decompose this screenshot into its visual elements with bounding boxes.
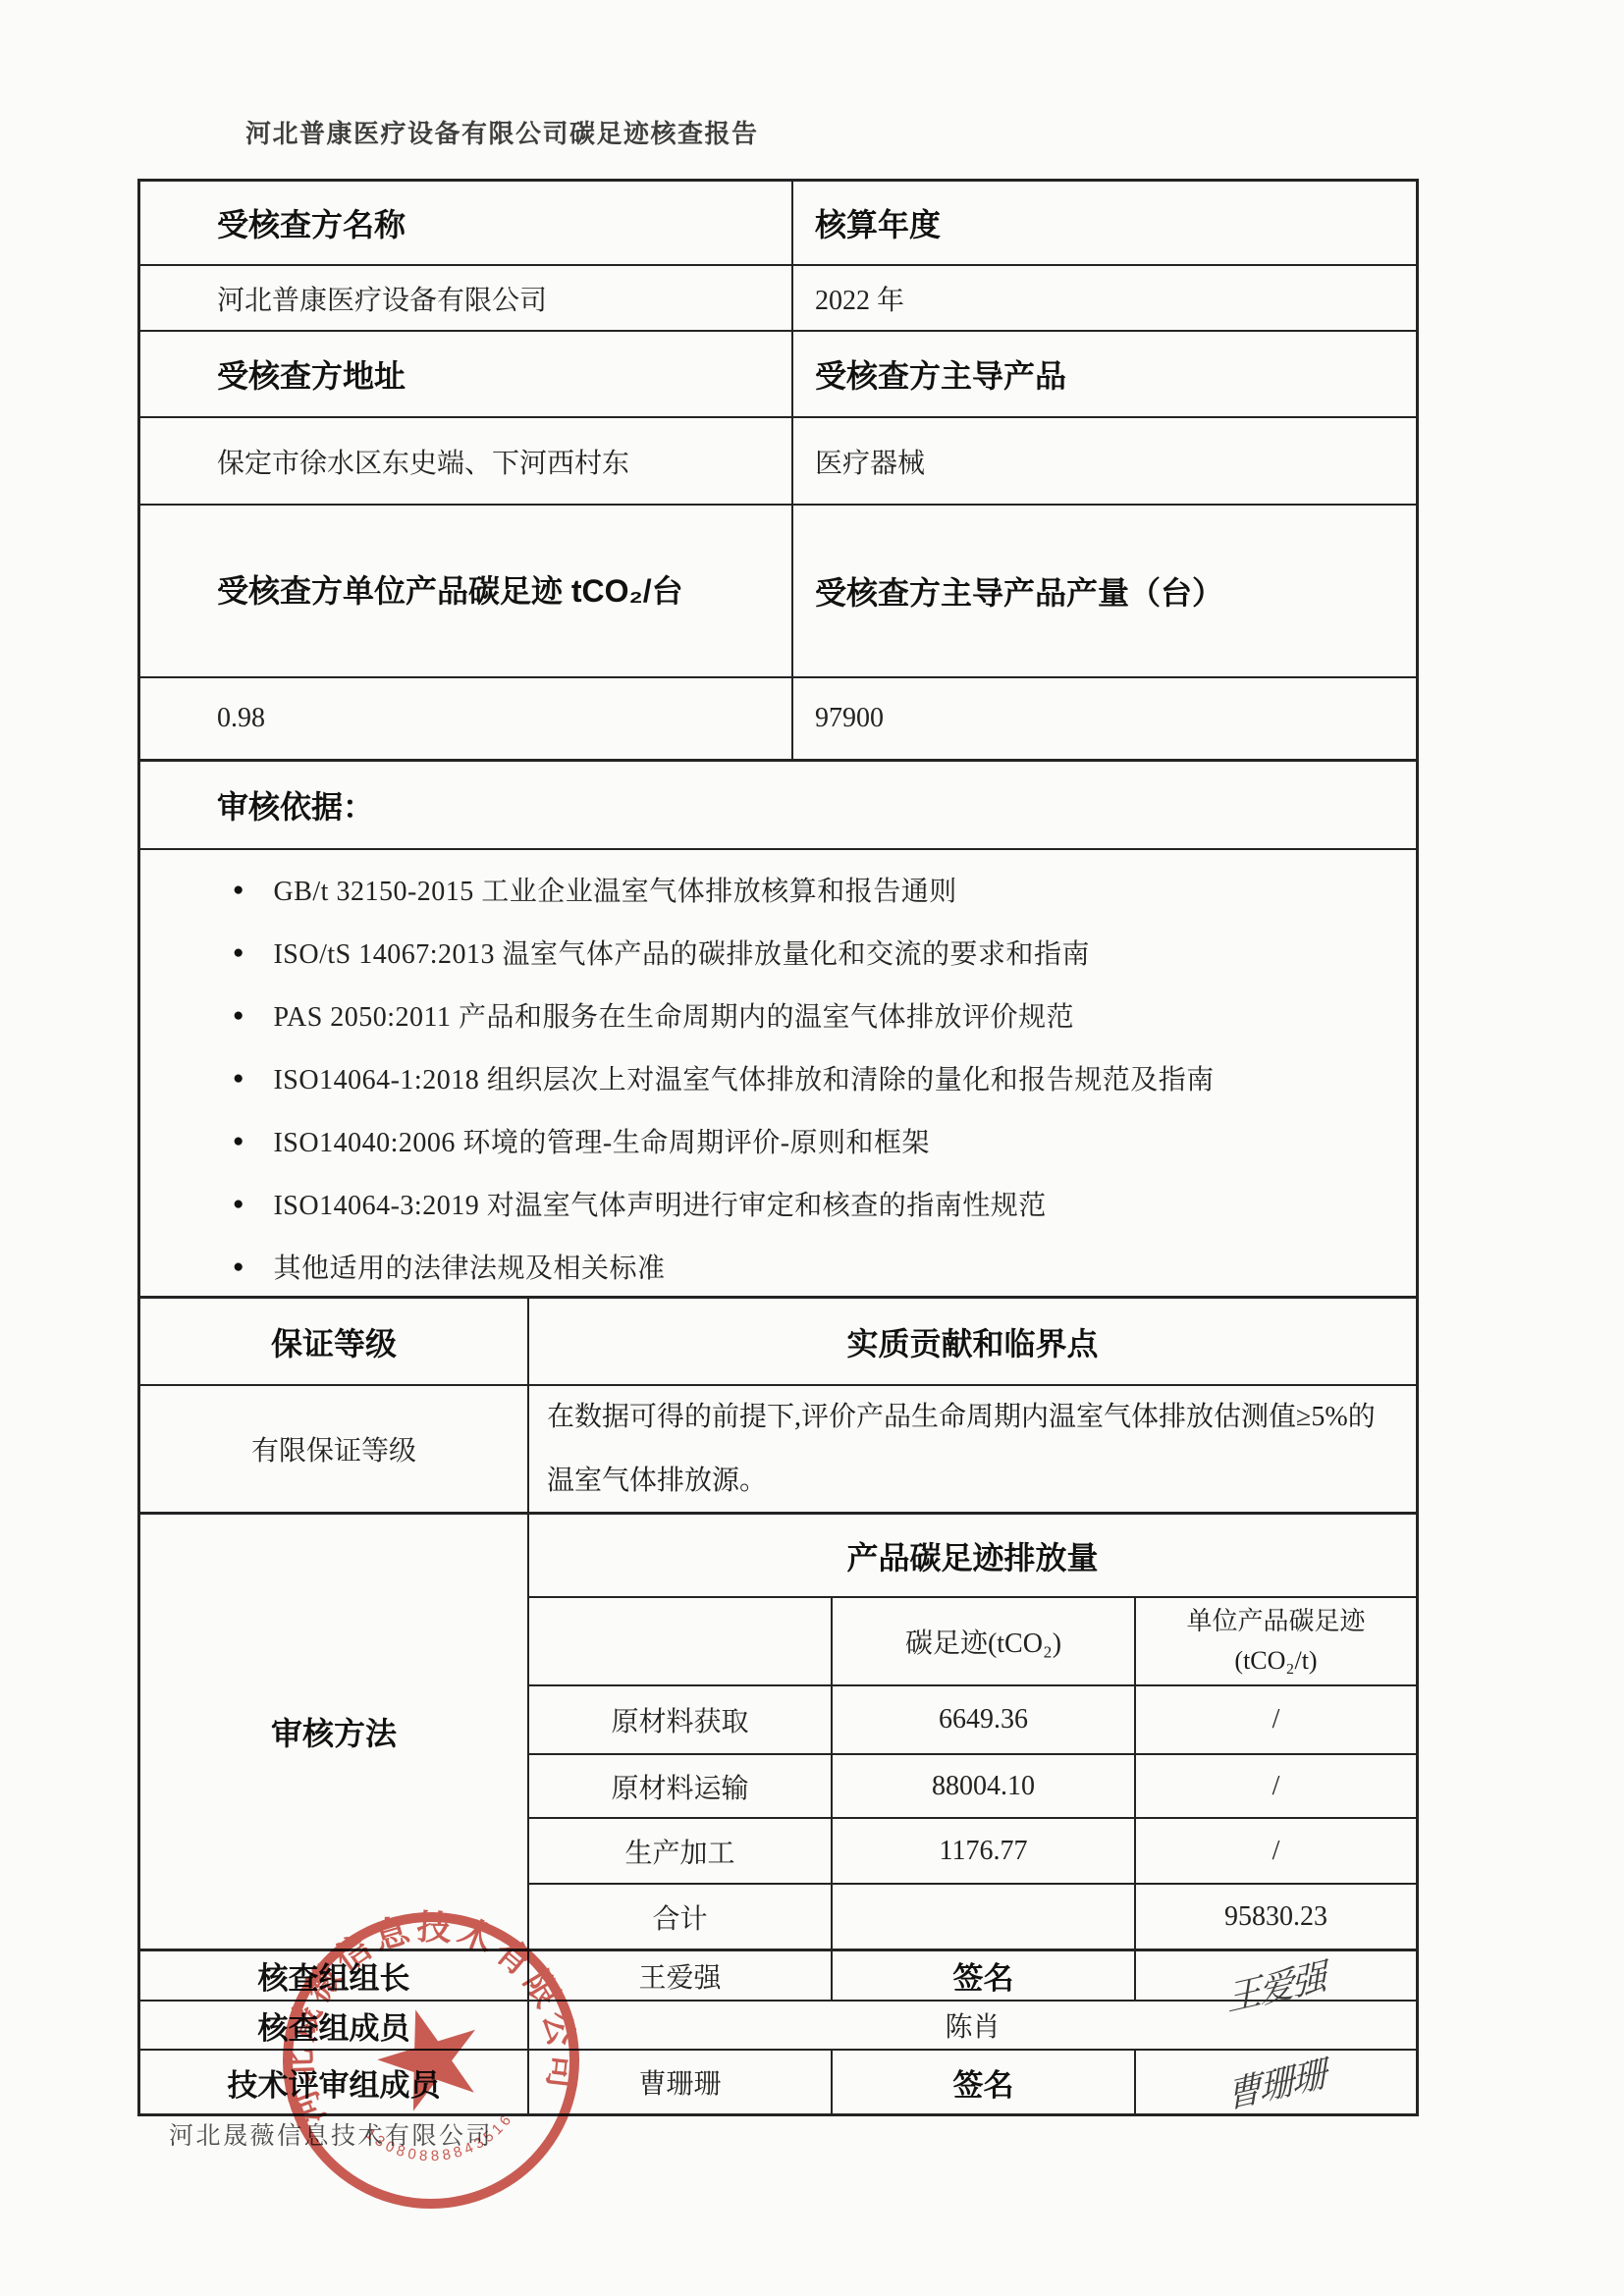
audit-basis-item: ISO/tS 14067:2013 温室气体产品的碳排放量化和交流的要求和指南 — [273, 933, 1090, 972]
signature-cell: 曹珊珊 — [1136, 2051, 1416, 2113]
stage-label: 原材料获取 — [529, 1686, 833, 1753]
bullet-icon: ● — [233, 1132, 244, 1150]
row-assurance-value: 有限保证等级 在数据可得的前提下,评价产品生命周期内温室气体排放估测值≥5%的温… — [140, 1386, 1416, 1515]
audit-basis-item: PAS 2050:2011 产品和服务在生命周期内的温室气体排放评价规范 — [273, 995, 1074, 1035]
stage-label: 原材料运输 — [529, 1755, 833, 1817]
emissions-table-title: 产品碳足迹排放量 — [529, 1515, 1416, 1596]
audit-basis-item: GB/t 32150-2015 工业企业温室气体排放核算和报告通则 — [273, 870, 956, 909]
row-audit-team-leader: 核查组组长 王爱强 签名 王爱强 — [140, 1951, 1416, 2002]
row-name-year-value: 河北普康医疗设备有限公司 2022 年 — [140, 266, 1416, 332]
verification-table: 受核查方名称 核算年度 河北普康医疗设备有限公司 2022 年 受核查方地址 受… — [137, 179, 1419, 2116]
footer-company-name: 河北晟薇信息技术有限公司 — [169, 2116, 493, 2152]
audit-basis-title: 审核依据： — [140, 762, 1416, 848]
row-footprint-output-header: 受核查方单位产品碳足迹 tCO₂/台 受核查方主导产品产量（台） — [140, 506, 1416, 678]
list-item: ● ISO14040:2006 环境的管理-生命周期评价-原则和框架 — [140, 1109, 1416, 1172]
value-unit-product-footprint: 0.98 — [140, 678, 793, 759]
audit-basis-item: ISO14040:2006 环境的管理-生命周期评价-原则和框架 — [273, 1121, 930, 1160]
audit-basis-item: ISO14064-3:2019 对温室气体声明进行审定和核查的指南性规范 — [273, 1184, 1046, 1223]
row-address-product-value: 保定市徐水区东史端、下河西村东 医疗器械 — [140, 418, 1416, 506]
audit-basis-item: ISO14064-1:2018 组织层次上对温室气体排放和清除的量化和报告规范及… — [273, 1058, 1214, 1097]
header-product-output: 受核查方主导产品产量（台） — [793, 506, 1416, 676]
header-assurance-level: 保证等级 — [140, 1299, 529, 1384]
value-assurance-level: 有限保证等级 — [140, 1386, 529, 1512]
emissions-row-transport: 原材料运输 88004.10 / — [529, 1755, 1416, 1819]
bullet-icon: ● — [233, 1069, 244, 1088]
bullet-icon: ● — [233, 943, 244, 962]
header-auditee-name: 受核查方名称 — [140, 182, 793, 264]
stage-unit-footprint: 95830.23 — [1136, 1885, 1416, 1949]
header-material-contribution: 实质贡献和临界点 — [529, 1299, 1416, 1384]
list-item: ● ISO14064-1:2018 组织层次上对温室气体排放和清除的量化和报告规… — [140, 1046, 1416, 1109]
colheader-unit-line2: (tCO₂/t) — [1234, 1641, 1317, 1681]
row-name-year-header: 受核查方名称 核算年度 — [140, 182, 1416, 266]
row-footprint-output-value: 0.98 97900 — [140, 678, 1416, 762]
document-page: 河北普康医疗设备有限公司碳足迹核查报告 受核查方名称 核算年度 河北普康医疗设备… — [0, 0, 1624, 2296]
list-item: ● GB/t 32150-2015 工业企业温室气体排放核算和报告通则 — [140, 858, 1416, 921]
colheader-footprint: 碳足迹(tCO₂) — [833, 1598, 1136, 1684]
emissions-row-raw-material: 原材料获取 6649.36 / — [529, 1686, 1416, 1755]
stage-footprint: 6649.36 — [833, 1686, 1136, 1753]
stage-label: 生产加工 — [529, 1819, 833, 1883]
header-accounting-year: 核算年度 — [793, 182, 1416, 264]
bullet-icon: ● — [233, 1006, 244, 1025]
list-item: ● 其他适用的法律法规及相关标准 — [140, 1235, 1416, 1298]
emissions-table-colheader-row: 碳足迹(tCO₂) 单位产品碳足迹 (tCO₂/t) — [529, 1598, 1416, 1686]
list-item: ● PAS 2050:2011 产品和服务在生命周期内的温室气体排放评价规范 — [140, 984, 1416, 1046]
person-name: 王爱强 — [529, 1951, 833, 2000]
emissions-row-production: 生产加工 1176.77 / — [529, 1819, 1416, 1885]
row-audit-basis-list: ● GB/t 32150-2015 工业企业温室气体排放核算和报告通则 ● IS… — [140, 850, 1416, 1299]
stage-unit-footprint: / — [1136, 1686, 1416, 1753]
row-audit-basis-header: 审核依据： — [140, 762, 1416, 850]
bullet-icon: ● — [233, 1195, 244, 1213]
role-label: 核查组成员 — [140, 2002, 529, 2049]
row-address-product-header: 受核查方地址 受核查方主导产品 — [140, 332, 1416, 418]
stage-label: 合计 — [529, 1885, 833, 1949]
colheader-unit-line1: 单位产品碳足迹 — [1186, 1602, 1365, 1641]
header-auditee-address: 受核查方地址 — [140, 332, 793, 416]
signature-cell: 王爱强 — [1136, 1951, 1416, 2000]
emissions-table: 产品碳足迹排放量 碳足迹(tCO₂) 单位产品碳足迹 (tCO₂/t) 原材料获… — [529, 1515, 1416, 1949]
list-item: ● ISO/tS 14067:2013 温室气体产品的碳排放量化和交流的要求和指… — [140, 921, 1416, 984]
role-label: 核查组组长 — [140, 1951, 529, 2000]
sign-label: 签名 — [833, 2051, 1136, 2113]
method-label: 审核方法 — [140, 1515, 529, 1949]
stage-footprint: 1176.77 — [833, 1819, 1136, 1883]
header-unit-product-footprint: 受核查方单位产品碳足迹 tCO₂/台 — [140, 506, 793, 676]
emissions-table-title-row: 产品碳足迹排放量 — [529, 1515, 1416, 1598]
bullet-icon: ● — [233, 881, 244, 899]
list-item: ● ISO14064-3:2019 对温室气体声明进行审定和核查的指南性规范 — [140, 1172, 1416, 1235]
value-accounting-year: 2022 年 — [793, 266, 1416, 330]
stage-footprint: 88004.10 — [833, 1755, 1136, 1817]
header-main-product: 受核查方主导产品 — [793, 332, 1416, 416]
sign-label: 签名 — [833, 1951, 1136, 2000]
value-material-contribution: 在数据可得的前提下,评价产品生命周期内温室气体排放估测值≥5%的温室气体排放源。 — [529, 1386, 1416, 1512]
bullet-icon: ● — [233, 1257, 244, 1276]
value-product-output: 97900 — [793, 678, 1416, 759]
audit-basis-item: 其他适用的法律法规及相关标准 — [273, 1247, 665, 1286]
doc-title: 河北普康医疗设备有限公司碳足迹核查报告 — [245, 114, 759, 150]
value-main-product: 医疗器械 — [793, 418, 1416, 504]
audit-basis-list: ● GB/t 32150-2015 工业企业温室气体排放核算和报告通则 ● IS… — [140, 850, 1416, 1296]
value-auditee-name: 河北普康医疗设备有限公司 — [140, 266, 793, 330]
reviewer-handwritten-signature: 曹珊珊 — [1225, 2046, 1326, 2118]
emissions-row-total: 合计 95830.23 — [529, 1885, 1416, 1949]
stage-unit-footprint: / — [1136, 1755, 1416, 1817]
row-assurance-header: 保证等级 实质贡献和临界点 — [140, 1299, 1416, 1386]
person-name: 曹珊珊 — [529, 2051, 833, 2113]
colheader-stage-empty — [529, 1598, 833, 1684]
role-label: 技术评审组成员 — [140, 2051, 529, 2113]
row-technical-reviewer: 技术评审组成员 曹珊珊 签名 曹珊珊 — [140, 2051, 1416, 2113]
colheader-unit-footprint: 单位产品碳足迹 (tCO₂/t) — [1136, 1598, 1416, 1684]
section-audit-method: 审核方法 产品碳足迹排放量 碳足迹(tCO₂) 单位产品碳足迹 (tCO₂/t)… — [140, 1515, 1416, 1951]
stage-unit-footprint: / — [1136, 1819, 1416, 1883]
value-auditee-address: 保定市徐水区东史端、下河西村东 — [140, 418, 793, 504]
row-audit-team-member: 核查组成员 陈肖 — [140, 2002, 1416, 2051]
stage-footprint — [833, 1885, 1136, 1949]
